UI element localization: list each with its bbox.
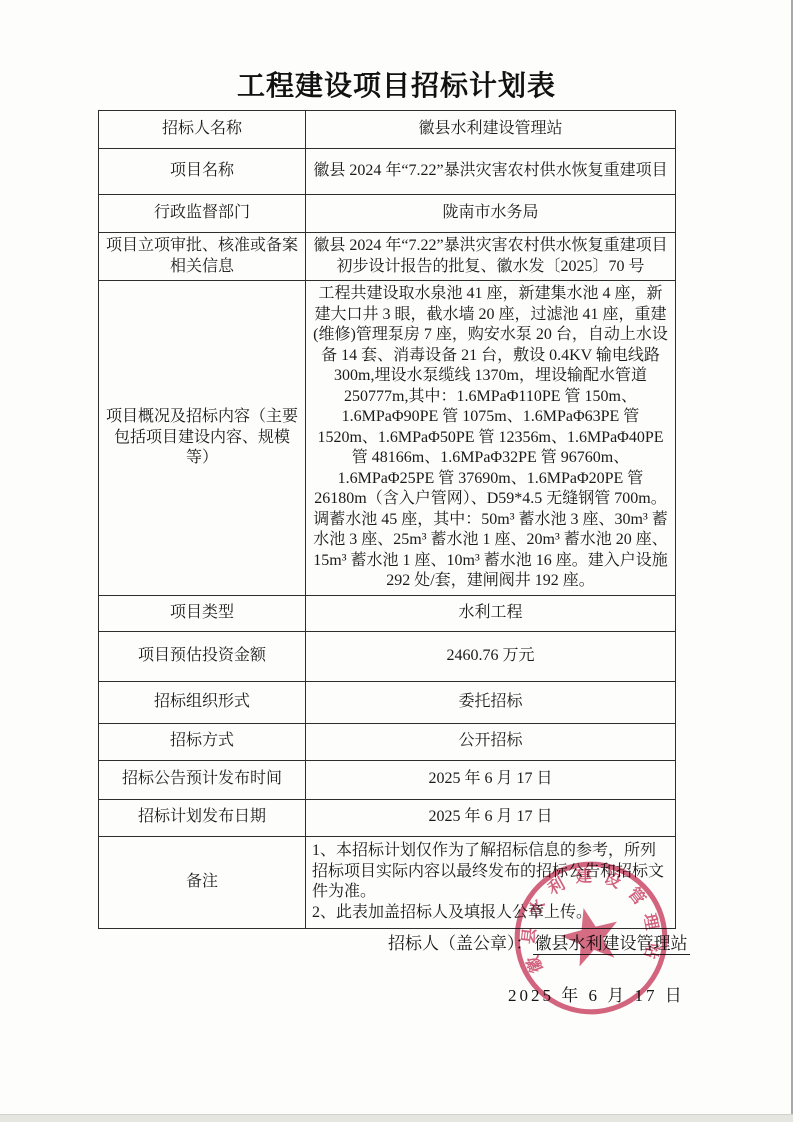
row-estimated-investment: 项目预估投资金额 2460.76 万元 (99, 631, 676, 681)
row-value: 委托招标 (306, 681, 676, 723)
row-project-overview: 项目概况及招标内容（主要包括项目建设内容、规模等） 工程共建设取水泉池 41 座… (99, 281, 676, 596)
row-value: 徽县 2024 年“7.22”暴洪灾害农村供水恢复重建项目 (306, 149, 676, 195)
row-tenderer-name: 招标人名称 徽县水利建设管理站 (99, 111, 676, 149)
row-remarks: 备注 1、本招标计划仅作为了解招标信息的参考，所列招标项目实际内容以最终发布的招… (99, 836, 676, 928)
row-value: 工程共建设取水泉池 41 座，新建集水池 4 座，新建大口井 3 眼，截水墙 2… (306, 281, 676, 596)
row-label: 招标方式 (99, 723, 306, 760)
tender-plan-table: 招标人名称 徽县水利建设管理站 项目名称 徽县 2024 年“7.22”暴洪灾害… (98, 110, 676, 929)
signer-label: 招标人（盖公章）： (388, 934, 533, 953)
scan-edge-bottom (0, 1114, 793, 1122)
signer-line: 招标人（盖公章）：徽县水利建设管理站 (388, 929, 690, 954)
row-value: 徽县 2024 年“7.22”暴洪灾害农村供水恢复重建项目初步设计报告的批复、徽… (306, 233, 676, 281)
row-value: 水利工程 (306, 595, 676, 631)
row-bidding-method: 招标方式 公开招标 (99, 723, 676, 760)
row-value: 公开招标 (306, 723, 676, 760)
row-plan-publish-date: 招标计划发布日期 2025 年 6 月 17 日 (99, 799, 676, 836)
row-value: 陇南市水务局 (306, 195, 676, 233)
row-label: 备注 (99, 836, 306, 928)
page-title: 工程建设项目招标计划表 (0, 64, 793, 104)
row-project-type: 项目类型 水利工程 (99, 595, 676, 631)
row-value: 2025 年 6 月 17 日 (306, 799, 676, 836)
row-value: 2025 年 6 月 17 日 (306, 760, 676, 799)
row-label: 项目概况及招标内容（主要包括项目建设内容、规模等） (99, 281, 306, 596)
row-approval-info: 项目立项审批、核准或备案相关信息 徽县 2024 年“7.22”暴洪灾害农村供水… (99, 233, 676, 281)
row-value: 徽县水利建设管理站 (306, 111, 676, 149)
row-label: 招标组织形式 (99, 681, 306, 723)
row-organization-form: 招标组织形式 委托招标 (99, 681, 676, 723)
row-value: 2460.76 万元 (306, 631, 676, 681)
row-supervision-department: 行政监督部门 陇南市水务局 (99, 195, 676, 233)
row-label: 行政监督部门 (99, 195, 306, 233)
signature-date: 2025 年 6 月 17 日 (508, 981, 685, 1006)
row-label: 项目预估投资金额 (99, 631, 306, 681)
row-label: 招标计划发布日期 (99, 799, 306, 836)
row-project-name: 项目名称 徽县 2024 年“7.22”暴洪灾害农村供水恢复重建项目 (99, 149, 676, 195)
remark-line-2: 2、此表加盖招标人及填报人公章上传。 (312, 903, 669, 924)
row-announcement-expected-date: 招标公告预计发布时间 2025 年 6 月 17 日 (99, 760, 676, 799)
signer-name: 徽县水利建设管理站 (533, 934, 690, 955)
row-label: 招标公告预计发布时间 (99, 760, 306, 799)
row-label: 项目名称 (99, 149, 306, 195)
row-label: 项目立项审批、核准或备案相关信息 (99, 233, 306, 281)
remark-line-1: 1、本招标计划仅作为了解招标信息的参考，所列招标项目实际内容以最终发布的招标公告… (312, 841, 669, 903)
row-value: 1、本招标计划仅作为了解招标信息的参考，所列招标项目实际内容以最终发布的招标公告… (306, 836, 676, 928)
document-page: 工程建设项目招标计划表 招标人名称 徽县水利建设管理站 项目名称 徽县 2024… (0, 0, 793, 1122)
row-label: 招标人名称 (99, 111, 306, 149)
row-label: 项目类型 (99, 595, 306, 631)
